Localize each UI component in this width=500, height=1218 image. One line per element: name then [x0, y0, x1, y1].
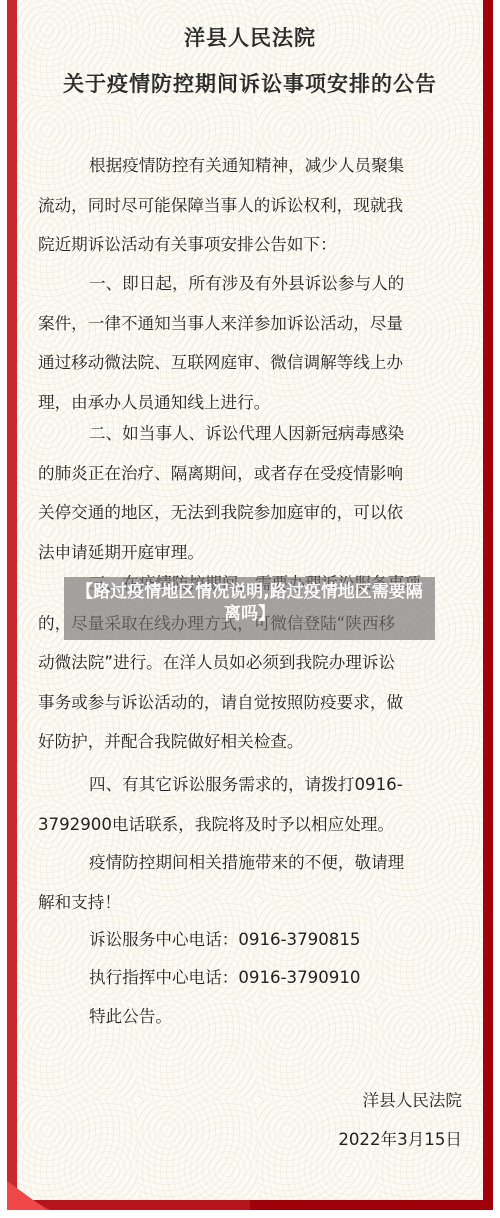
item-4-paragraph: 四、有其它诉讼服务需求的，请拨打0916- 3792900电话联系，我院将及时予…: [38, 765, 466, 844]
notice-title: 关于疫情防控期间诉讼事项安排的公告: [0, 68, 500, 98]
text-line: 流动，同时尽可能保障当事人的诉讼权利，现就我: [38, 186, 466, 226]
text-line: 院近期诉讼活动有关事项安排公告如下：: [38, 225, 466, 265]
text-line: 二、如当事人、诉讼代理人因新冠病毒感染: [38, 414, 466, 454]
frame-bottom-right-accent: [250, 1200, 493, 1210]
text-line: 关停交通的地区，无法到我院参加庭审的，可以依: [38, 493, 466, 533]
closing-paragraph: 疫情防控期间相关措施带来的不便，敬请理 解和支持！: [38, 843, 466, 922]
text-line: 的肺炎正在治疗、隔离期间，或者存在受疫情影响: [38, 454, 466, 494]
contact-enforcement-command: 执行指挥中心电话：0916-3790910: [89, 964, 360, 988]
text-line: 解和支持！: [38, 883, 466, 923]
text-line: 一、即日起，所有涉及有外县诉讼参与人的: [38, 264, 466, 304]
contact-phone: 0916-3790910: [238, 968, 360, 987]
notice-end: 特此公告。: [89, 1003, 172, 1027]
caption-overlay: 【路过疫情地区情况说明,路过疫情地区需要隔离吗】: [64, 577, 435, 640]
court-heading: 洋县人民法院: [0, 22, 500, 52]
text-line: 通过移动微法院、互联网庭审、微信调解等线上办: [38, 343, 466, 383]
contact-phone: 0916-3790815: [238, 930, 360, 949]
intro-paragraph: 根据疫情防控有关通知精神，减少人员聚集 流动，同时尽可能保障当事人的诉讼权利，现…: [38, 146, 466, 265]
text-line: 好防护，并配合我院做好相关检查。: [38, 722, 466, 762]
contact-litigation-service: 诉讼服务中心电话：0916-3790815: [89, 926, 360, 950]
text-line: 3792900电话联系，我院将及时予以相应处理。: [38, 805, 466, 845]
date: 2022年3月15日: [338, 1126, 462, 1150]
text-line: 案件，一律不通知当事人来洋参加诉讼活动，尽量: [38, 304, 466, 344]
text-line: 事务或参与诉讼活动的，请自觉按照防疫要求，做: [38, 683, 466, 723]
item-2-paragraph: 二、如当事人、诉讼代理人因新冠病毒感染 的肺炎正在治疗、隔离期间，或者存在受疫情…: [38, 414, 466, 572]
text-line: 动微法院”进行。在洋人员如必须到我院办理诉讼: [38, 643, 466, 683]
signature: 洋县人民法院: [362, 1087, 462, 1111]
text-line: 四、有其它诉讼服务需求的，请拨打0916-: [38, 765, 466, 805]
text-line: 根据疫情防控有关通知精神，减少人员聚集: [38, 146, 466, 186]
item-1-paragraph: 一、即日起，所有涉及有外县诉讼参与人的 案件，一律不通知当事人来洋参加诉讼活动，…: [38, 264, 466, 422]
contact-label: 诉讼服务中心电话：: [89, 930, 238, 949]
contact-label: 执行指挥中心电话：: [89, 968, 238, 987]
text-line: 疫情防控期间相关措施带来的不便，敬请理: [38, 843, 466, 883]
